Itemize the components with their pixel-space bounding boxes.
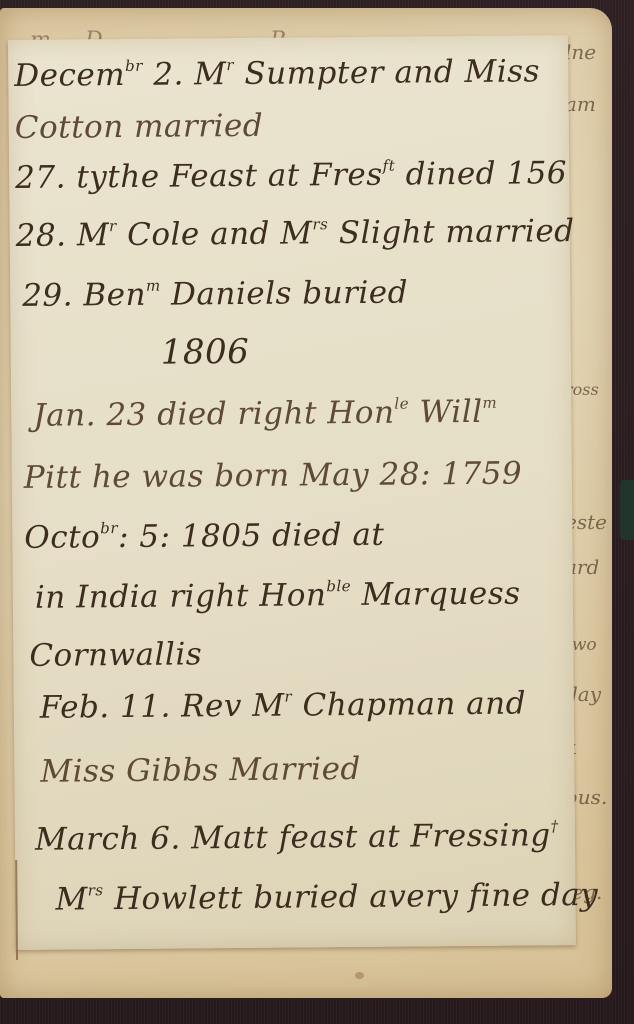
binding-thread xyxy=(15,860,28,960)
entry-line: March 6. Matt feast at Fressing† xyxy=(35,817,559,858)
bookmark-tab xyxy=(620,480,634,540)
entry-line: Cornwallis xyxy=(29,636,202,674)
entry-line: Octobr: 5: 1805 died at xyxy=(24,517,384,556)
entry-line: 29. Benm Daniels buried xyxy=(22,275,408,314)
entry-line: Decembr 2. Mr Sumpter and Miss xyxy=(14,53,540,94)
entry-line: Pitt he was born May 28: 1759 xyxy=(24,456,523,496)
paper-stain xyxy=(355,972,364,979)
entry-line: Cotton married xyxy=(15,108,264,146)
entry-line: 28. Mr Cole and Mrs Slight married xyxy=(16,213,575,254)
entry-line: 27. tythe Feast at Fresft dined 156 xyxy=(15,155,567,196)
entry-line: Jan. 23 died right Honle Willm xyxy=(33,394,497,434)
entry-line: in India right Honble Marquess xyxy=(35,576,521,616)
back-edge-fragment: lne xyxy=(565,40,596,64)
entry-line: Feb. 11. Rev Mr Chapman and xyxy=(40,686,526,726)
entry-line: Miss Gibbs Married xyxy=(40,751,361,790)
back-edge-fragment: am xyxy=(565,92,596,116)
year-heading: 1806 xyxy=(161,332,250,373)
manuscript-page: Decembr 2. Mr Sumpter and Miss Cotton ma… xyxy=(8,35,576,950)
entry-line: Mrs Howlett buried avery fine day xyxy=(55,877,598,918)
